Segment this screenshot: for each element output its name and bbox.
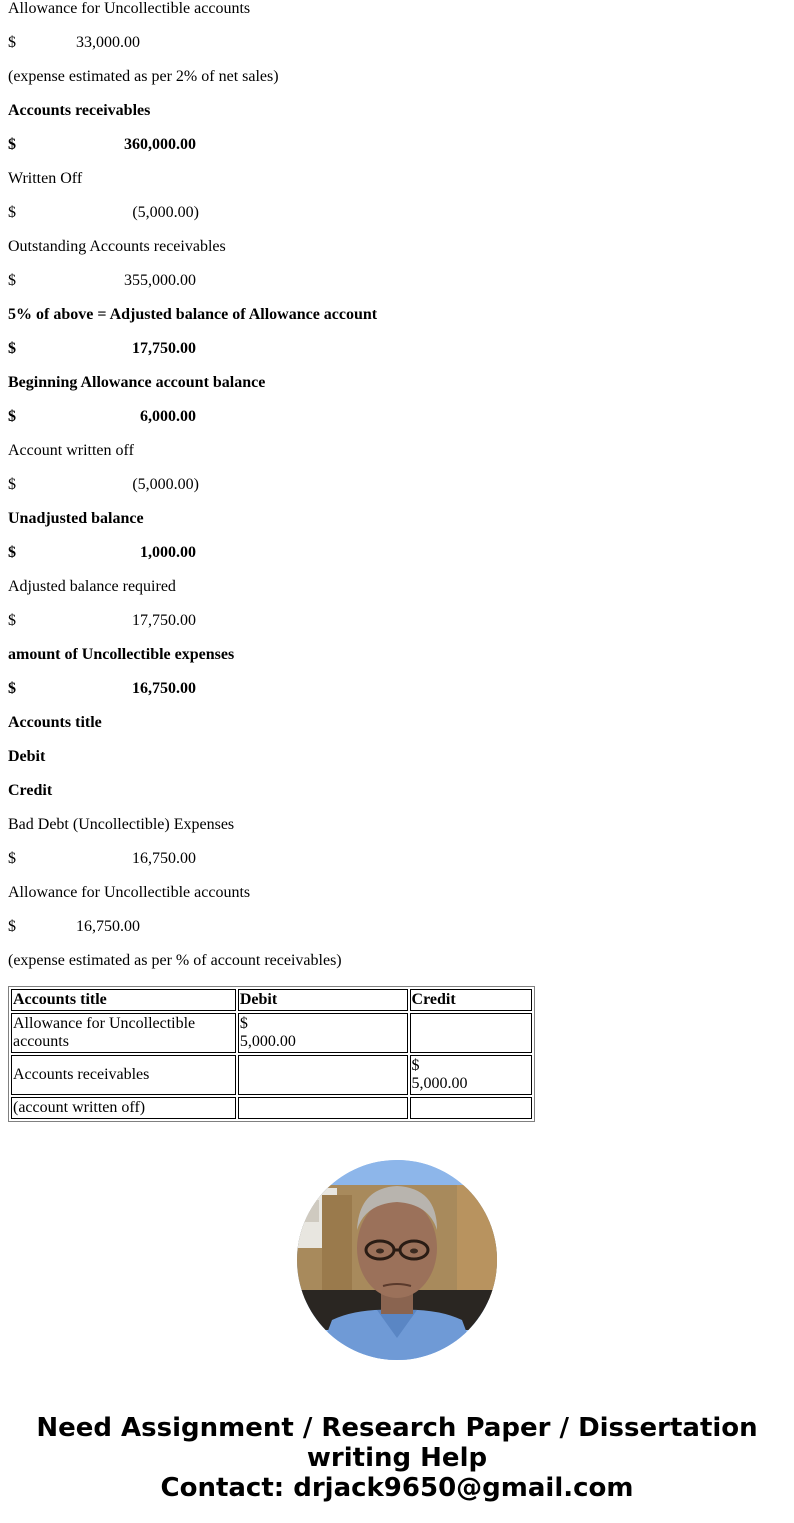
text-line: Adjusted balance required	[8, 578, 786, 596]
promo-banner: Need Assignment / Research Paper / Disse…	[0, 1413, 794, 1503]
amount-value: 16,750.00	[8, 918, 140, 936]
amount-line: $17,750.00	[8, 340, 786, 358]
debit-currency: $	[240, 1015, 248, 1032]
amount-value: 1,000.00	[8, 544, 196, 562]
journal-entry-table: Accounts title Debit Credit Allowance fo…	[8, 986, 535, 1122]
text-line: Accounts title	[8, 714, 786, 732]
amount-value: 17,750.00	[8, 612, 196, 630]
amount-line: $(5,000.00)	[8, 476, 786, 494]
table-row: (account written off)	[11, 1097, 532, 1119]
credit-amount: 5,000.00	[412, 1075, 468, 1092]
amount-line: $17,750.00	[8, 612, 786, 630]
text-line: amount of Uncollectible expenses	[8, 646, 786, 664]
document-body: Allowance for Uncollectible accounts$33,…	[0, 0, 794, 1122]
text-line: Beginning Allowance account balance	[8, 374, 786, 392]
promo-line-1: Need Assignment / Research Paper / Disse…	[0, 1413, 794, 1443]
row-credit: $5,000.00	[410, 1055, 532, 1095]
debit-amount: 5,000.00	[240, 1033, 296, 1050]
text-line: Allowance for Uncollectible accounts	[8, 884, 786, 902]
text-line: Written Off	[8, 170, 786, 188]
amount-line: $16,750.00	[8, 850, 786, 868]
amount-value: (5,000.00)	[3, 204, 199, 222]
amount-line: $33,000.00	[8, 34, 786, 52]
row-credit	[410, 1097, 532, 1119]
text-line: (expense estimated as per % of account r…	[8, 952, 786, 970]
text-line: Outstanding Accounts receivables	[8, 238, 786, 256]
amount-line: $360,000.00	[8, 136, 786, 154]
table-row: Allowance for Uncollectible accounts $5,…	[11, 1013, 532, 1053]
row-debit	[238, 1055, 408, 1095]
amount-line: $16,750.00	[8, 918, 786, 936]
header-accounts-title: Accounts title	[11, 989, 236, 1011]
text-line: 5% of above = Adjusted balance of Allowa…	[8, 306, 786, 324]
avatar-container	[0, 1160, 794, 1365]
header-debit: Debit	[238, 989, 408, 1011]
promo-line-2: writing Help	[0, 1443, 794, 1473]
text-line: Debit	[8, 748, 786, 766]
table-header-row: Accounts title Debit Credit	[11, 989, 532, 1011]
text-line: Account written off	[8, 442, 786, 460]
row-debit	[238, 1097, 408, 1119]
amount-value: 16,750.00	[8, 850, 196, 868]
text-line: Credit	[8, 782, 786, 800]
portrait-image-icon	[297, 1160, 497, 1360]
header-credit: Credit	[410, 989, 532, 1011]
amount-value: 33,000.00	[8, 34, 140, 52]
amount-value: 360,000.00	[8, 136, 196, 154]
credit-currency: $	[412, 1057, 420, 1074]
promo-contact: Contact: drjack9650@gmail.com	[0, 1473, 794, 1503]
amount-line: $6,000.00	[8, 408, 786, 426]
row-credit	[410, 1013, 532, 1053]
amount-line: $(5,000.00)	[8, 204, 786, 222]
row-debit: $5,000.00	[238, 1013, 408, 1053]
solution-lines: Allowance for Uncollectible accounts$33,…	[8, 0, 786, 970]
author-avatar	[297, 1160, 497, 1360]
table-row: Accounts receivables $5,000.00	[11, 1055, 532, 1095]
row-title: (account written off)	[11, 1097, 236, 1119]
text-line: Unadjusted balance	[8, 510, 786, 528]
amount-line: $355,000.00	[8, 272, 786, 290]
amount-value: 6,000.00	[8, 408, 196, 426]
amount-value: (5,000.00)	[3, 476, 199, 494]
amount-value: 17,750.00	[8, 340, 196, 358]
text-line: Accounts receivables	[8, 102, 786, 120]
amount-line: $16,750.00	[8, 680, 786, 698]
text-line: (expense estimated as per 2% of net sale…	[8, 68, 786, 86]
amount-line: $1,000.00	[8, 544, 786, 562]
row-title: Accounts receivables	[11, 1055, 236, 1095]
amount-value: 16,750.00	[8, 680, 196, 698]
text-line: Allowance for Uncollectible accounts	[8, 0, 786, 18]
text-line: Bad Debt (Uncollectible) Expenses	[8, 816, 786, 834]
row-title: Allowance for Uncollectible accounts	[11, 1013, 236, 1053]
amount-value: 355,000.00	[8, 272, 196, 290]
